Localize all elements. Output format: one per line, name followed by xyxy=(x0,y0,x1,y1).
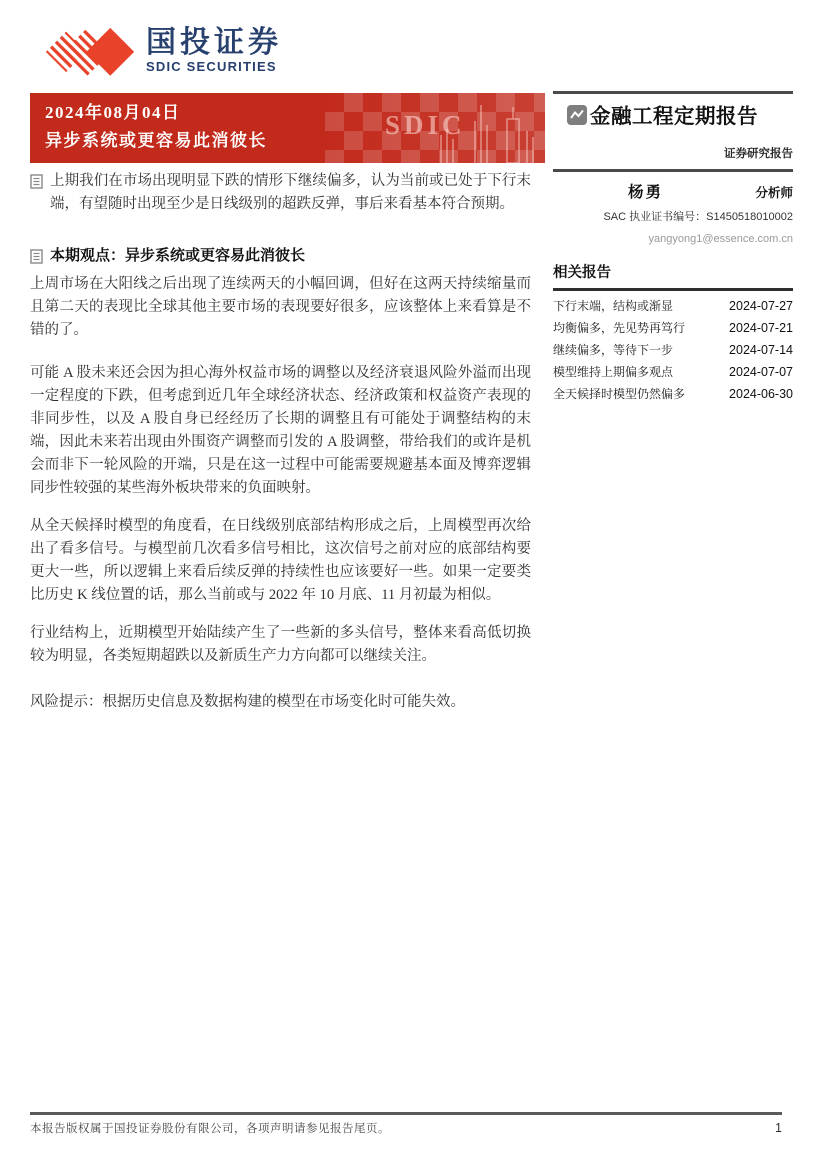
related-report-title[interactable]: 继续偏多，等待下一步 xyxy=(553,339,673,361)
analyst-row: 杨勇 分析师 xyxy=(553,180,793,202)
body-paragraph: 上周市场在大阳线之后出现了连续两天的小幅回调，但好在这两天持续缩量而且第二天的表… xyxy=(30,273,531,342)
brand-text: 国投证券 SDIC SECURITIES xyxy=(146,27,282,74)
related-report-title[interactable]: 全天候择时模型仍然偏多 xyxy=(553,383,685,405)
city-skyline-icon xyxy=(423,101,543,163)
report-category-box: 金融工程定期报告 证券研究报告 xyxy=(553,91,793,172)
banner-texts: 2024年08月04日 异步系统或更容易此消彼长 xyxy=(45,100,267,156)
related-report-item[interactable]: 继续偏多，等待下一步 2024-07-14 xyxy=(553,339,793,361)
report-body: 上期我们在市场出现明显下跌的情形下继续偏多，认为当前或已处于下行末端，有望随时出… xyxy=(30,170,531,714)
report-title: 异步系统或更容易此消彼长 xyxy=(45,126,267,156)
related-report-date: 2024-07-21 xyxy=(729,317,793,339)
related-report-item[interactable]: 全天候择时模型仍然偏多 2024-06-30 xyxy=(553,383,793,405)
related-reports-list: 下行末端，结构或渐显 2024-07-27 均衡偏多，先见势再笃行 2024-0… xyxy=(553,295,793,405)
section-heading-text: 本期观点：异步系统或更容易此消彼长 xyxy=(50,248,305,264)
right-sidebar: 金融工程定期报告 证券研究报告 杨勇 分析师 SAC 执业证书编号：S14505… xyxy=(553,91,793,405)
related-report-date: 2024-07-14 xyxy=(729,339,793,361)
related-report-title[interactable]: 模型维持上期偏多观点 xyxy=(553,361,673,383)
body-paragraph: 可能 A 股未来还会因为担心海外权益市场的调整以及经济衰退风险外溢而出现一定程度… xyxy=(30,362,531,500)
body-paragraph: 行业结构上，近期模型开始陆续产生了一些新的多头信号，整体来看高低切换较为明显，各… xyxy=(30,622,531,668)
body-paragraph: 从全天候择时模型的角度看，在日线级别底部结构形成之后，上周模型再次给出了看多信号… xyxy=(30,515,531,607)
section-heading: 本期观点：异步系统或更容易此消彼长 xyxy=(30,245,531,268)
risk-warning-paragraph: 风险提示：根据历史信息及数据构建的模型在市场变化时可能失效。 xyxy=(30,691,531,714)
page-number: 1 xyxy=(775,1121,782,1135)
brand-name-cn: 国投证券 xyxy=(146,27,282,59)
related-report-item[interactable]: 均衡偏多，先见势再笃行 2024-07-21 xyxy=(553,317,793,339)
related-reports-header: 相关报告 xyxy=(553,261,793,291)
analyst-name: 杨勇 xyxy=(628,180,663,202)
related-report-title[interactable]: 下行末端，结构或渐显 xyxy=(553,295,673,317)
brand-name-en: SDIC SECURITIES xyxy=(146,59,282,74)
related-report-title[interactable]: 均衡偏多，先见势再笃行 xyxy=(553,317,685,339)
related-report-date: 2024-07-07 xyxy=(729,361,793,383)
related-report-date: 2024-07-27 xyxy=(729,295,793,317)
chart-line-icon xyxy=(567,105,587,125)
analyst-role: 分析师 xyxy=(755,183,793,201)
sdic-logo-icon xyxy=(44,22,136,78)
copyright-note: 本报告版权属于国投证券股份有限公司，各项声明请参见报告尾页。 xyxy=(30,1120,390,1136)
report-category: 金融工程定期报告 xyxy=(590,99,758,129)
brand-logo: 国投证券 SDIC SECURITIES xyxy=(44,22,282,78)
intro-paragraph: 上期我们在市场出现明显下跌的情形下继续偏多，认为当前或已处于下行末端，有望随时出… xyxy=(30,170,531,216)
title-banner: SDIC 2024年08月04日 异步系统或更容易此消彼长 xyxy=(30,93,545,163)
analyst-email-link[interactable]: yangyong1@essence.com.cn xyxy=(553,233,793,245)
report-page: 国投证券 SDIC SECURITIES SDIC 2024年08月04日 异步… xyxy=(0,0,826,1169)
report-type-label: 证券研究报告 xyxy=(553,145,793,161)
analyst-sac-number: SAC 执业证书编号：S1450518010002 xyxy=(553,208,793,224)
document-bullet-icon xyxy=(30,249,43,264)
intro-text: 上期我们在市场出现明显下跌的情形下继续偏多，认为当前或已处于下行末端，有望随时出… xyxy=(50,173,531,212)
related-report-date: 2024-06-30 xyxy=(729,383,793,405)
related-report-item[interactable]: 下行末端，结构或渐显 2024-07-27 xyxy=(553,295,793,317)
page-footer: 本报告版权属于国投证券股份有限公司，各项声明请参见报告尾页。 1 xyxy=(30,1112,782,1136)
document-bullet-icon xyxy=(30,174,43,189)
report-date: 2024年08月04日 xyxy=(45,100,267,126)
related-report-item[interactable]: 模型维持上期偏多观点 2024-07-07 xyxy=(553,361,793,383)
